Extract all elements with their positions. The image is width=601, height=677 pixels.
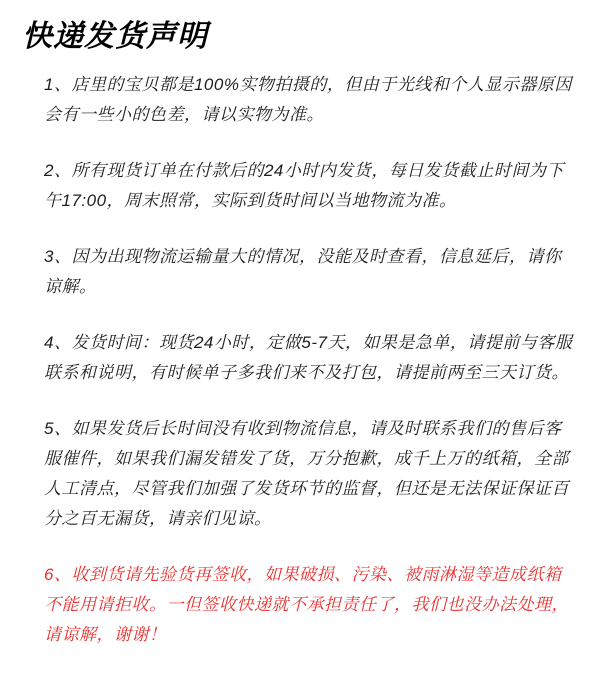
notice-paragraph-2: 2、所有现货订单在付款后的24小时内发货，每日发货截止时间为下 午17:00，周… <box>44 156 581 216</box>
notice-paragraph-4: 4、发货时间：现货24小时，定做5-7天，如果是急单，请提前与客服 联系和说明，… <box>44 328 581 388</box>
paragraph-line: 联系和说明，有时候单子多我们来不及打包，请提前两至三天订货。 <box>44 358 581 388</box>
paragraph-line: 分之百无漏货，请亲们见谅。 <box>44 504 581 534</box>
paragraph-line: 6、收到货请先验货再签收，如果破损、污染、被雨淋湿等造成纸箱 <box>44 560 581 590</box>
notice-paragraph-6-warning: 6、收到货请先验货再签收，如果破损、污染、被雨淋湿等造成纸箱 不能用请拒收。一但… <box>44 560 581 650</box>
paragraph-line: 服催件，如果我们漏发错发了货，万分抱歉，成千上万的纸箱，全部 <box>44 444 581 474</box>
paragraph-line: 不能用请拒收。一但签收快递就不承担责任了，我们也没办法处理， <box>44 590 581 620</box>
paragraph-line: 会有一些小的色差，请以实物为准。 <box>44 100 581 130</box>
paragraph-line: 1、店里的宝贝都是100%实物拍摄的，但由于光线和个人显示器原因 <box>44 70 581 100</box>
paragraph-line: 2、所有现货订单在付款后的24小时内发货，每日发货截止时间为下 <box>44 156 581 186</box>
paragraph-line: 午17:00，周末照常，实际到货时间以当地物流为准。 <box>44 186 581 216</box>
notice-paragraph-3: 3、因为出现物流运输量大的情况，没能及时查看，信息延后，请你 谅解。 <box>44 242 581 302</box>
notice-paragraph-1: 1、店里的宝贝都是100%实物拍摄的，但由于光线和个人显示器原因 会有一些小的色… <box>44 70 581 130</box>
shipping-notice-page: 快递发货声明 1、店里的宝贝都是100%实物拍摄的，但由于光线和个人显示器原因 … <box>0 0 601 677</box>
paragraph-line: 4、发货时间：现货24小时，定做5-7天，如果是急单，请提前与客服 <box>44 328 581 358</box>
paragraph-line: 3、因为出现物流运输量大的情况，没能及时查看，信息延后，请你 <box>44 242 581 272</box>
paragraph-line: 谅解。 <box>44 272 581 302</box>
page-title: 快递发货声明 <box>22 18 581 56</box>
paragraph-line: 5、如果发货后长时间没有收到物流信息，请及时联系我们的售后客 <box>44 414 581 444</box>
paragraph-line: 人工清点，尽管我们加强了发货环节的监督，但还是无法保证保证百 <box>44 474 581 504</box>
notice-paragraph-5: 5、如果发货后长时间没有收到物流信息，请及时联系我们的售后客 服催件，如果我们漏… <box>44 414 581 534</box>
paragraph-line: 请谅解，谢谢！ <box>44 620 581 650</box>
